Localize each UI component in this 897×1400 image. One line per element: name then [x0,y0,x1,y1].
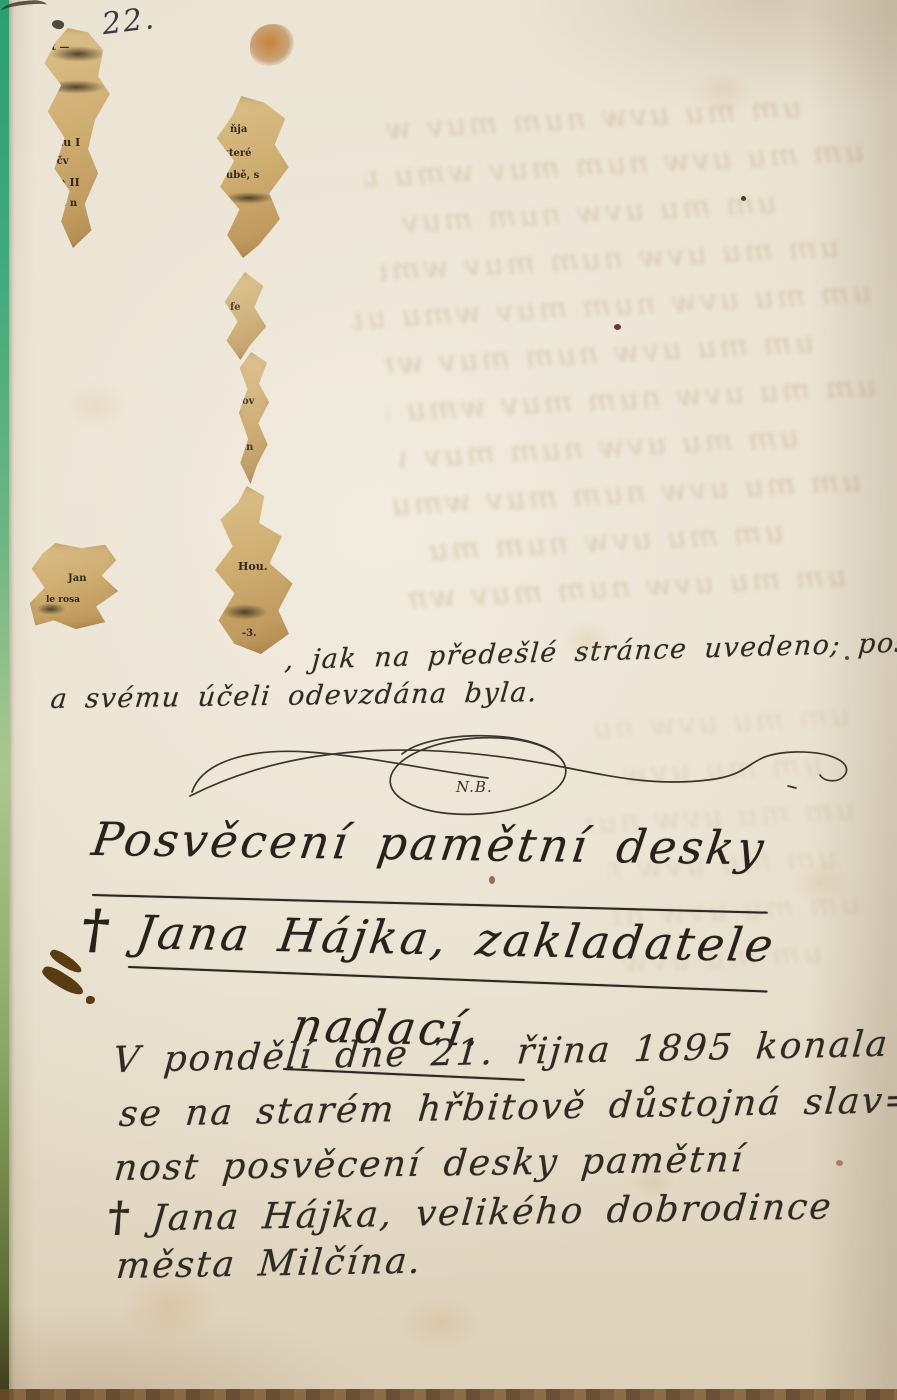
paper-stain [560,620,614,660]
manuscript-page: 22. um mu uvw num muv wmu uum vnu mw uvm… [0,0,897,1400]
heading-line-2-text: Jana Hájka, zakladatele [133,905,780,972]
print-fragment: bozu I [42,136,80,149]
ink-blot [34,952,104,1022]
cross-symbol: † [106,1192,132,1241]
dark-speck [741,196,746,201]
print-fragment: im n [52,198,77,209]
print-fragment: Hou. [238,560,268,573]
clipping-blob: fe [222,272,268,360]
print-fragment: ňja [230,124,247,135]
bleed-through-text: um mu uvw num muv wmu uum vnu mw uvm nw … [316,81,889,654]
orange-stain [250,24,294,66]
heading-line-1: Posvěcení pamětní desky [89,812,770,875]
heading-line-2: † Jana Hájka, zakladatele [77,898,780,974]
print-smudge [36,603,66,615]
print-fragment: očv [50,156,69,167]
paper-stain [790,860,850,906]
ink-blot-dot [86,996,95,1004]
paper-stain [120,1270,220,1340]
print-fragment: ht — [44,42,69,53]
torn-clipping-strip: ňja které ubě, s fe ov cn Hou. -3. [196,90,300,660]
dark-speck [614,324,621,330]
nota-bene-monogram: N.B. [455,778,493,796]
ink-flourish: N.B. [188,726,860,818]
clipping-blob: Hou. -3. [208,486,296,654]
print-smudge [224,192,274,204]
print-fragment: fe [230,302,241,313]
print-smudge [46,80,106,94]
clipping-blob: ňja které ubě, s [206,96,294,258]
print-fragment: ubě, s [226,170,259,181]
book-binding-edge [0,0,9,1400]
print-fragment: ov [242,396,254,407]
page-bottom-edge [0,1389,897,1400]
print-fragment: cn [240,442,253,453]
intro-line-2: a svému účeli odevzdána byla. [49,677,539,715]
print-fragment: které [222,148,252,159]
paper-stain [630,1165,676,1199]
page-number: 22. [100,1,158,42]
paper-stain [400,1295,480,1350]
torn-clipping-top-left: ht — bozu I očv m II im n [36,28,120,248]
print-smudge [222,604,268,620]
dark-speck [845,656,849,660]
red-speck [836,1160,843,1166]
red-speck [489,876,495,884]
print-fragment: Jan [68,573,86,584]
ink-speck [51,18,65,31]
paper-stain [690,70,754,114]
print-fragment: m II [54,176,80,189]
para-line-4-text: Jana Hájka, velikého dobrodince [150,1186,835,1239]
para-line-2: se na starém hřbitově důstojná slav= [117,1080,897,1135]
print-fragment: -3. [242,628,257,639]
para-line-4: † Jana Hájka, velikého dobrodince [106,1179,835,1241]
clipping-blob: ov cn [236,352,272,484]
paper-stain [60,380,130,430]
torn-clipping-mid-left: Jan le rosa [28,543,120,629]
